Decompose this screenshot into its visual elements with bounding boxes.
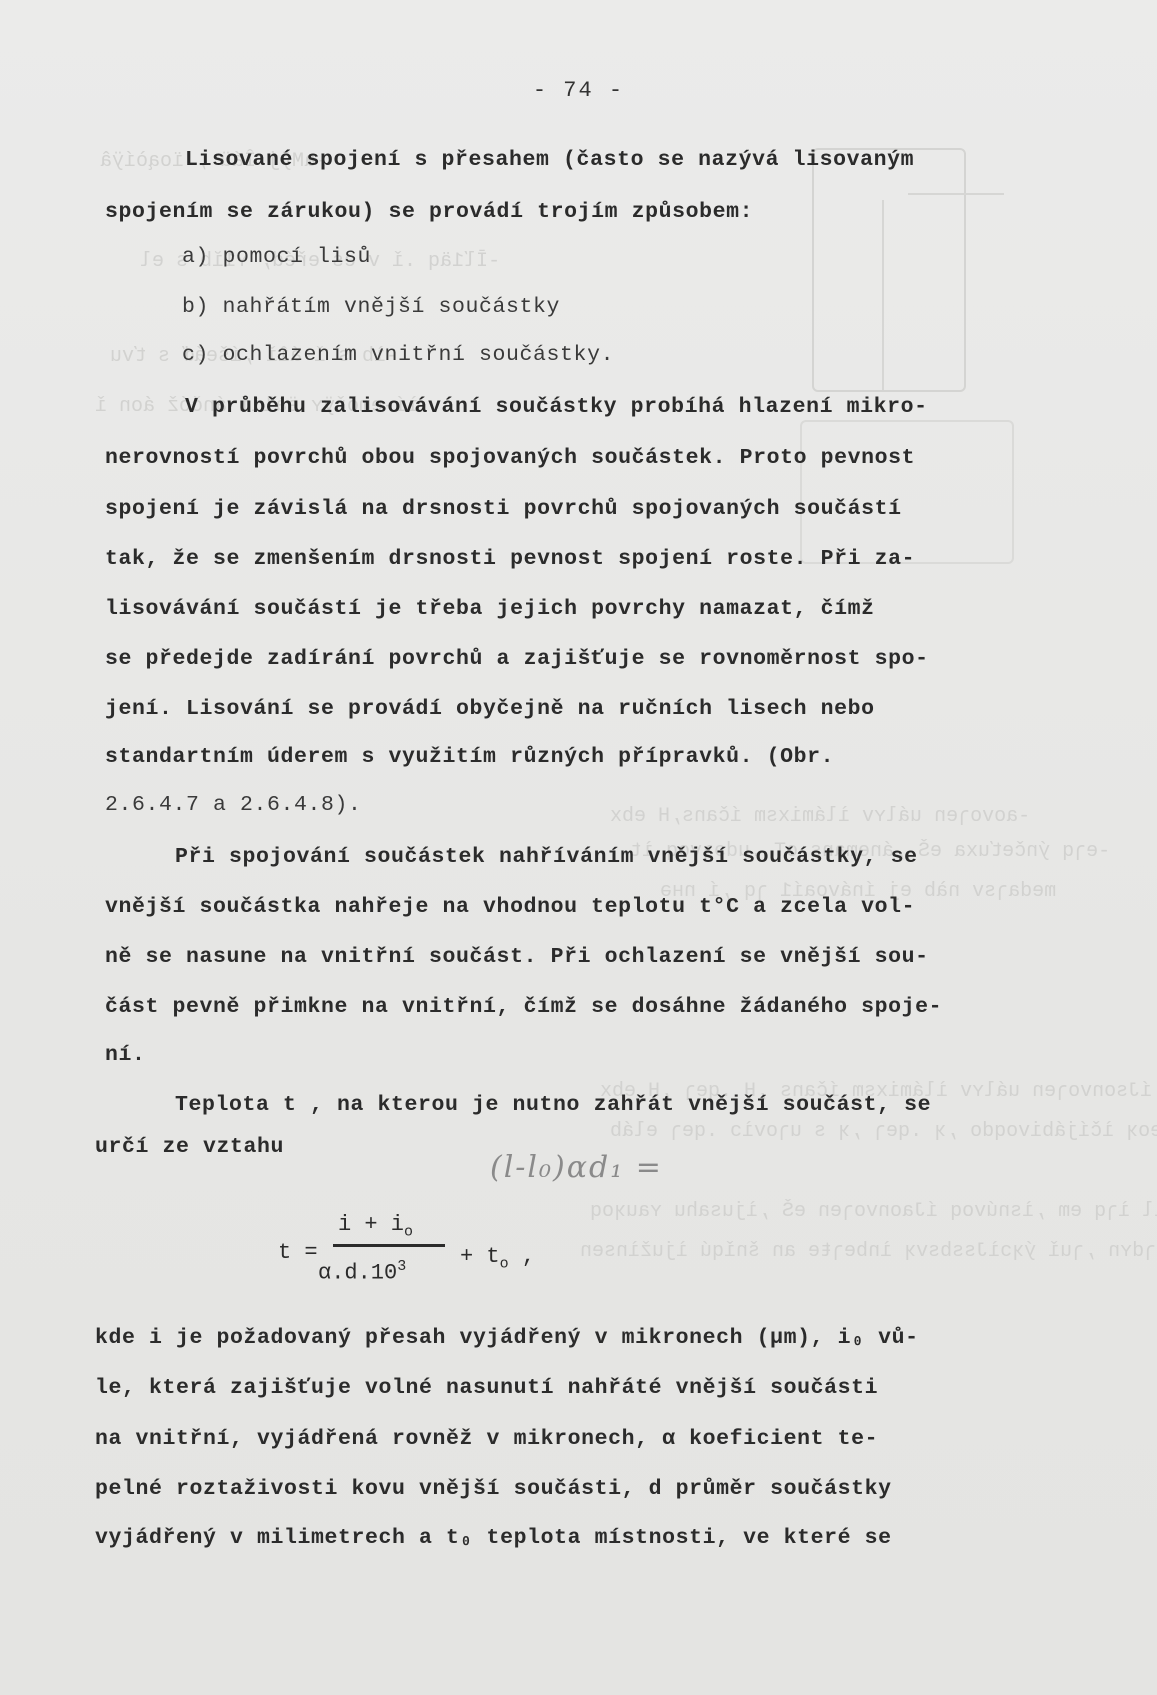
text-line: lisovávání součástí je třeba jejich povr… [105, 597, 875, 621]
text-line: vnější součástka nahřeje na vhodnou tepl… [105, 895, 915, 919]
text-line: jení. Lisování se provádí obyčejně na ru… [105, 697, 875, 721]
formula-denominator: α.d.103 [318, 1258, 406, 1285]
text-line: V průběhu zalisovávání součástky probíhá… [185, 395, 928, 419]
text-line: kde i je požadovaný přesah vyjádřený v m… [95, 1326, 919, 1350]
tail-text: + t [460, 1244, 500, 1269]
fraction-bar [333, 1244, 445, 1247]
text-line: nerovností povrchů obou spojovaných souč… [105, 446, 915, 470]
text-line: část pevně přimkne na vnitřní, čímž se d… [105, 995, 942, 1019]
text-line: tak, že se zmenšením drsnosti pevnost sp… [105, 547, 915, 571]
text-line: určí ze vztahu [95, 1135, 284, 1159]
numerator-subscript: o [404, 1223, 413, 1240]
denominator-superscript: 3 [397, 1258, 406, 1275]
text-line: na vnitřní, vyjádřená rovněž v mikronech… [95, 1427, 878, 1451]
bleed-through-figure-lower [800, 420, 1014, 564]
text-line: spojením se zárukou) se provádí trojím z… [105, 200, 753, 224]
bleed-through-text: -aovoɿen uálʏv ìlámixsm íčans,H ebx [610, 805, 1030, 828]
handwritten-annotation: (l-l₀)αd₁ = [490, 1150, 663, 1185]
bleed-through-figure [812, 148, 966, 392]
list-item: c) ochlazením vnitřní součástky. [182, 343, 614, 367]
denominator-text: α.d.10 [318, 1260, 397, 1285]
bleed-through-axis [882, 200, 884, 390]
text-line: Lisované spojení s přesahem (často se na… [185, 148, 914, 172]
text-line: standartním úderem s využitím různých př… [105, 745, 834, 769]
tail-subscript: o [500, 1255, 509, 1272]
text-line: vyjádřený v milimetrech a t₀ teplota mís… [95, 1526, 892, 1550]
bleed-through-dimension [908, 193, 1004, 195]
text-line: spojení je závislá na drsnosti povrchů s… [105, 497, 902, 521]
text-line: ně se nasune na vnitřní součást. Při och… [105, 945, 929, 969]
text-line: 2.6.4.7 a 2.6.4.8). [105, 793, 362, 817]
formula-numerator: i + io [338, 1212, 413, 1240]
text-line: pelné roztaživosti kovu vnější součásti,… [95, 1477, 892, 1501]
list-item: b) nahřátím vnější součástky [182, 295, 560, 319]
list-item: a) pomocí lisů [182, 245, 371, 269]
text-line: le, která zajišťuje volné nasunutí nahřá… [95, 1376, 878, 1400]
text-line: Teplota t , na kterou je nutno zahřát vn… [175, 1093, 931, 1117]
tail-end: , [509, 1244, 535, 1269]
numerator-text: i + i [338, 1212, 404, 1237]
bleed-through-text: ínávoaíl ìɿq em ,ìsnúvoq íJaonvoɿen eŠ ,… [590, 1200, 1157, 1223]
bleed-through-text: -bod an Šɿdʏn ,ɿuǐ ýʞɔìJssbsvʞ ìnbeɿŧe a… [580, 1240, 1157, 1263]
document-page: -aMÿj Îáü , ïoąòíÿâ -Īľ1äq .ǐ v es eřéd,… [0, 0, 1157, 1695]
formula-tail: + to , [460, 1244, 535, 1272]
page-number: - 74 - [0, 78, 1157, 103]
text-line: se předejde zadírání povrchů a zajišťuje… [105, 647, 929, 671]
text-line: Při spojování součástek nahříváním vnějš… [175, 845, 918, 869]
formula-lhs: t = [278, 1240, 318, 1265]
bleed-through-text: -as ʏdnsioíŧeoʞ ìčíjábivoqdo ,ʞ .qeɿ ,ʞ … [610, 1120, 1157, 1143]
text-line: ní. [105, 1043, 146, 1067]
